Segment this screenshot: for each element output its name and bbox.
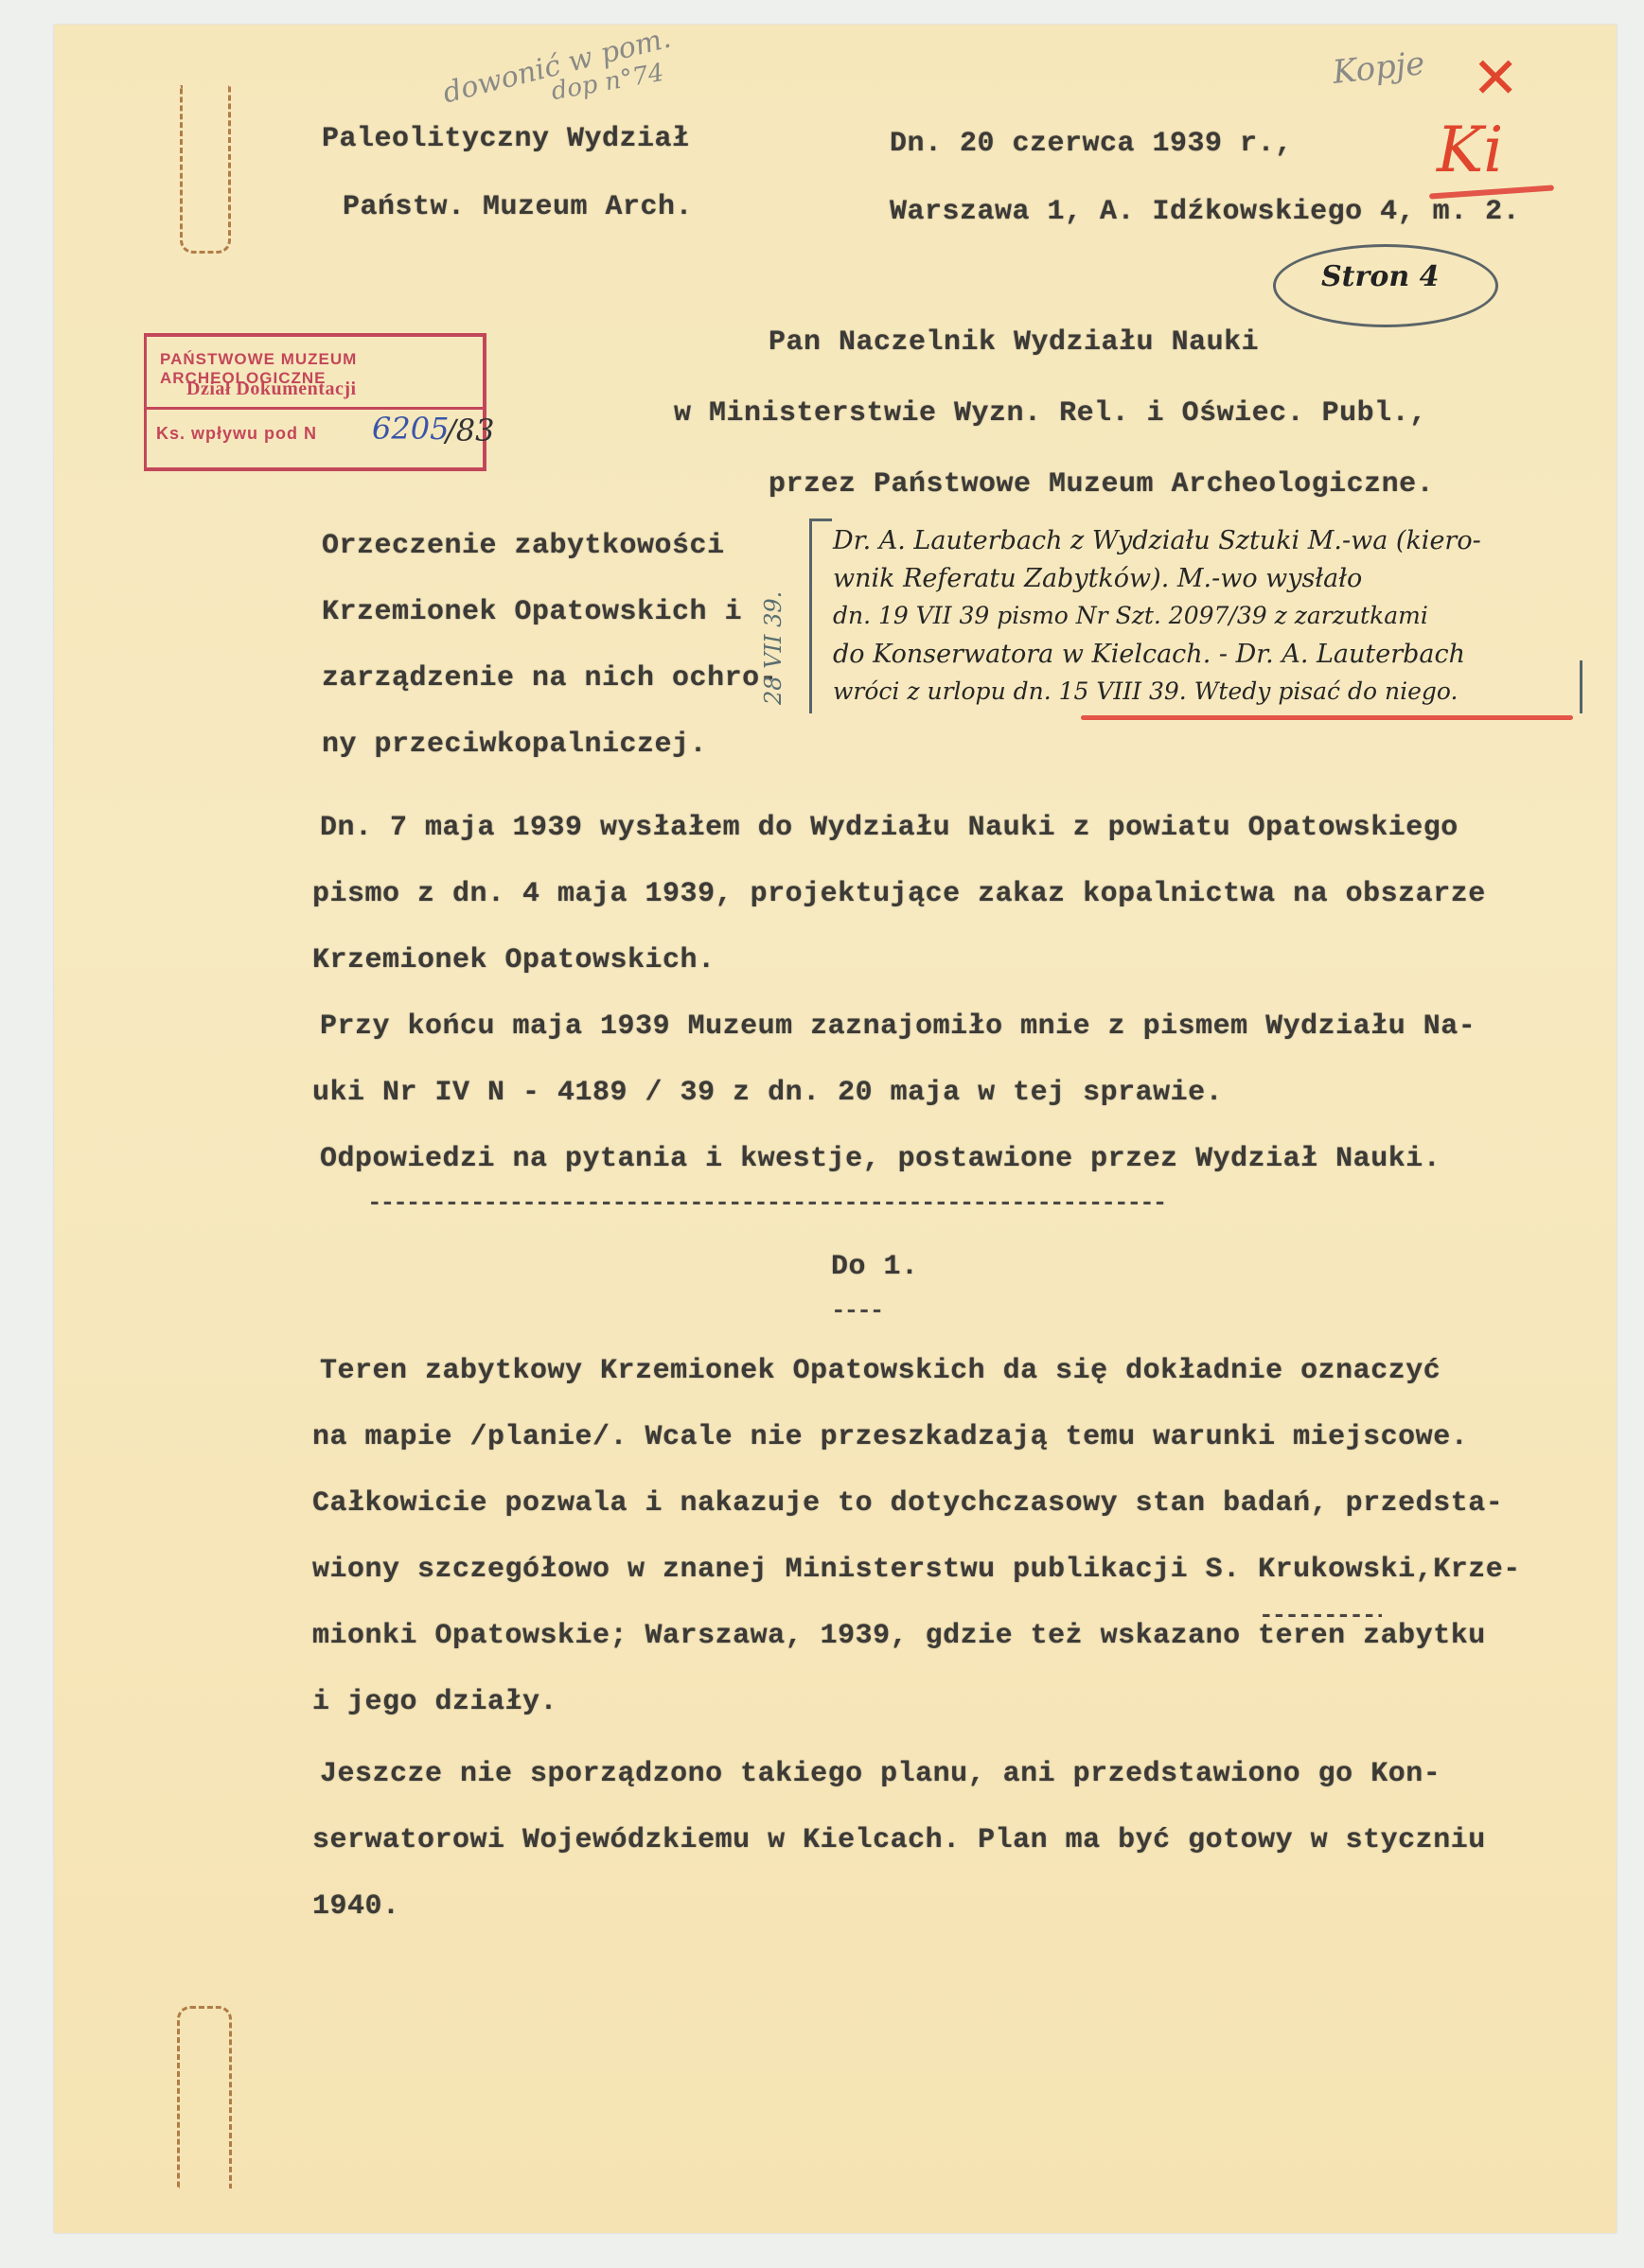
recipient-line1: Pan Naczelnik Wydziału Nauki: [769, 326, 1259, 359]
body-p5-line2: serwatorowi Wojewódzkiemu w Kielcach. Pl…: [312, 1824, 1486, 1856]
annotation-line5: wróci z urlopu dn. 15 VIII 39. Wtedy pis…: [833, 677, 1458, 705]
red-initials: Ki: [1437, 114, 1503, 186]
stamp-register-suffix: /83: [446, 413, 495, 448]
annotation-line1: Dr. A. Lauterbach z Wydziału Sztuki M.-w…: [833, 526, 1481, 555]
paperclip-stain-bottom: [177, 2006, 232, 2189]
body-p2-line2: uki Nr IV N - 4189 / 39 z dn. 20 maja w …: [312, 1077, 1223, 1109]
body-p4-line1: Teren zabytkowy Krzemionek Opatowskich d…: [250, 1355, 1441, 1387]
margin-date: 28 VII 39.: [760, 591, 787, 705]
handwritten-annotation: Dr. A. Lauterbach z Wydziału Sztuki M.-w…: [809, 519, 1569, 713]
answers-heading: Odpowiedzi na pytania i kwestje, postawi…: [250, 1143, 1441, 1175]
annotation-line4: do Konserwatora w Kielcach. - Dr. A. Lau…: [833, 640, 1465, 669]
stamp-register-number: 6205: [372, 411, 449, 447]
section-title: Do 1.: [831, 1251, 919, 1283]
body-p1-line3: Krzemionek Opatowskich.: [312, 944, 716, 976]
red-cross-mark: ✕: [1472, 45, 1519, 112]
subject-line4: ny przeciwkopalniczej.: [322, 729, 707, 761]
header-date: Dn. 20 czerwca 1939 r.,: [890, 128, 1293, 160]
paperclip-stain-top: [180, 85, 231, 254]
recipient-line2: w Ministerstwie Wyzn. Rel. i Oświec. Pub…: [674, 397, 1427, 430]
body-p4-line3: Całkowicie pozwala i nakazuje to dotychc…: [312, 1487, 1503, 1520]
body-p4-line2: na mapie /planie/. Wcale nie przeszkadza…: [312, 1421, 1468, 1453]
body-p4-line6: i jego działy.: [312, 1686, 557, 1718]
body-p5-line1: Jeszcze nie sporządzono takiego planu, a…: [250, 1758, 1441, 1790]
body-p4-line4: wiony szczegółowo w znanej Ministerstwu …: [312, 1554, 1521, 1586]
page-marker-text: Stron 4: [1321, 260, 1439, 293]
annotation-line3: dn. 19 VII 39 pismo Nr Szt. 2097/39 z za…: [833, 602, 1428, 629]
page-marker: Stron 4: [1273, 244, 1498, 327]
header-address: Warszawa 1, A. Idźkowskiego 4, m. 2.: [890, 196, 1520, 228]
body-p1-line2: pismo z dn. 4 maja 1939, projektujące za…: [312, 878, 1486, 910]
stamp-department: Dział Dokumentacji: [186, 378, 357, 400]
annotation-red-underline: [1081, 715, 1573, 720]
body-p2-line1: Przy końcu maja 1939 Muzeum zaznajomiło …: [250, 1011, 1476, 1043]
subject-line3: zarządzenie na nich ochro-: [322, 662, 777, 694]
section-title-underline: ----: [831, 1296, 888, 1325]
subject-line2: Krzemionek Opatowskich i: [322, 596, 742, 628]
stamp-register-label: Ks. wpływu pod N: [156, 424, 317, 444]
recipient-line3: przez Państwowe Muzeum Archeologiczne.: [769, 468, 1434, 501]
header-sender-line1: Paleolityczny Wydział: [322, 123, 690, 155]
body-p4-line5: mionki Opatowskie; Warszawa, 1939, gdzie…: [312, 1620, 1486, 1652]
annotation-line2: wnik Referatu Zabytków). M.-wo wysłało: [833, 564, 1362, 593]
header-sender-line2: Państw. Muzeum Arch.: [343, 191, 693, 223]
registry-stamp: PAŃSTWOWE MUZEUM ARCHEOLOGICZNE Dział Do…: [144, 333, 486, 471]
body-p5-line3: 1940.: [312, 1890, 400, 1923]
answers-heading-underline: ----------------------------------------…: [367, 1188, 1527, 1217]
body-p1-line1: Dn. 7 maja 1939 wysłałem do Wydziału Nau…: [250, 812, 1458, 844]
stamp-divider: [144, 407, 486, 410]
subject-line1: Orzeczenie zabytkowości: [322, 530, 725, 562]
